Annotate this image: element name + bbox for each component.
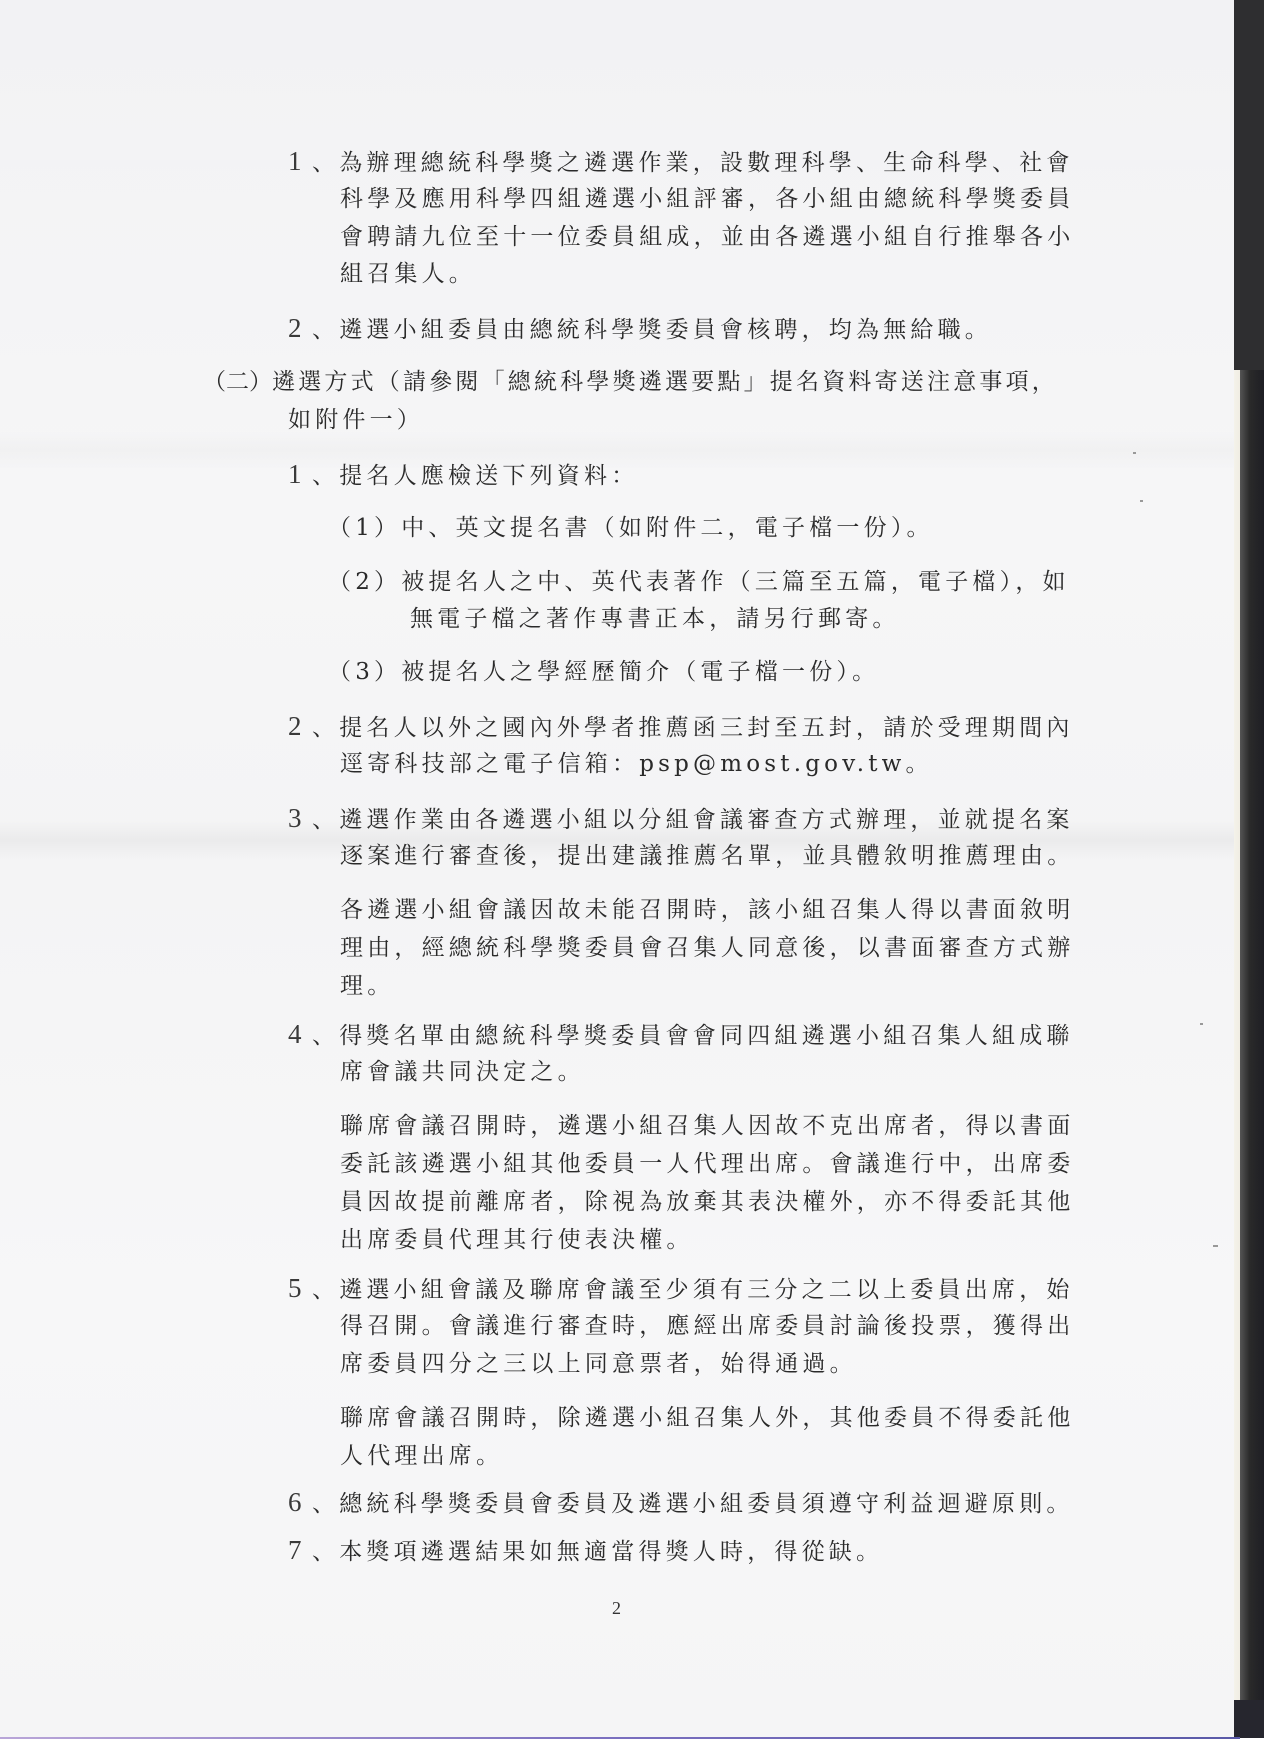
scan-speck bbox=[1140, 500, 1143, 502]
item-number: 2 bbox=[288, 711, 312, 741]
item-number: 7 bbox=[288, 1535, 312, 1565]
scan-speck bbox=[1133, 452, 1136, 454]
item-2-line-1: 2、遴選小組委員由總統科學獎委員會核聘，均為無給職。 bbox=[288, 313, 992, 345]
subitem-label: （1） bbox=[328, 515, 401, 541]
scanned-page: 1、為辦理總統科學獎之遴選作業，設數理科學、生命科學、社會 科學及應用科學四組遴… bbox=[0, 0, 1234, 1738]
s2-item-3-note-2: 理由，經總統科學獎委員會召集人同意後，以書面審查方式辦 bbox=[340, 933, 1074, 963]
s2-item-4-note-3: 員因故提前離席者，除視為放棄其表決權外，亦不得委託其他 bbox=[340, 1187, 1074, 1217]
item-1-line-3: 會聘請九位至十一位委員組成，並由各遴選小組自行推舉各小 bbox=[340, 222, 1074, 252]
s2-item-5-line-1: 5、遴選小組會議及聯席會議至少須有三分之二以上委員出席，始 bbox=[288, 1273, 1074, 1305]
item-number: 5 bbox=[288, 1273, 312, 1303]
scan-bottom-edge bbox=[0, 1737, 1240, 1739]
s2-item-6-line-1: 6、總統科學獎委員會委員及遴選小組委員須遵守利益迴避原則。 bbox=[288, 1487, 1074, 1519]
s2-item-3-note-1: 各遴選小組會議因故未能召開時，該小組召集人得以書面敘明 bbox=[340, 895, 1074, 925]
subitem-3: （3）被提名人之學經歷簡介（電子檔一份）。 bbox=[328, 657, 879, 687]
s2-item-5-note-2: 人代理出席。 bbox=[340, 1441, 503, 1471]
s2-item-7-line-1: 7、本獎項遴選結果如無適當得獎人時，得從缺。 bbox=[288, 1535, 883, 1567]
bottom-margin bbox=[0, 1738, 1264, 1753]
item-number: 1 bbox=[288, 146, 312, 176]
item-1-line-1: 1、為辦理總統科學獎之遴選作業，設數理科學、生命科學、社會 bbox=[288, 146, 1074, 178]
item-1-line-2: 科學及應用科學四組遴選小組評審，各小組由總統科學獎委員 bbox=[340, 184, 1074, 214]
page-number: 2 bbox=[612, 1598, 621, 1619]
section-label: （二） bbox=[203, 369, 272, 395]
subitem-label: （3） bbox=[328, 659, 401, 685]
item-number: 1 bbox=[288, 459, 312, 489]
s2-item-5-line-3: 席委員四分之三以上同意票者，始得通過。 bbox=[340, 1349, 857, 1379]
s2-item-2-line-2: 逕寄科技部之電子信箱：psp@most.gov.tw。 bbox=[340, 749, 933, 779]
item-1-line-4: 組召集人。 bbox=[340, 259, 476, 289]
s2-item-4-note-2: 委託該遴選小組其他委員一人代理出席。會議進行中，出席委 bbox=[340, 1149, 1074, 1179]
item-number: 2 bbox=[288, 313, 312, 343]
item-number: 4 bbox=[288, 1019, 312, 1049]
section-2-heading-line-2: 如附件一） bbox=[288, 405, 424, 435]
s2-item-5-note-1: 聯席會議召開時，除遴選小組召集人外，其他委員不得委託他 bbox=[340, 1403, 1074, 1433]
s2-item-4-line-1: 4、得獎名單由總統科學獎委員會會同四組遴選小組召集人組成聯 bbox=[288, 1019, 1074, 1051]
s2-item-4-line-2: 席會議共同決定之。 bbox=[340, 1057, 585, 1087]
scanner-corner bbox=[1234, 1700, 1264, 1740]
subitem-label: （2） bbox=[328, 569, 401, 595]
subitem-2-line-2: 無電子檔之著作專書正本，請另行郵寄。 bbox=[410, 604, 900, 634]
s2-item-1-line-1: 1、提名人應檢送下列資料： bbox=[288, 459, 638, 491]
item-number: 6 bbox=[288, 1487, 312, 1517]
s2-item-2-line-1: 2、提名人以外之國內外學者推薦函三封至五封，請於受理期間內 bbox=[288, 711, 1074, 743]
subitem-2-line-1: （2）被提名人之中、英代表著作（三篇至五篇，電子檔），如 bbox=[328, 567, 1070, 597]
scan-speck bbox=[1200, 1023, 1203, 1025]
s2-item-3-line-2: 逐案進行審查後，提出建議推薦名單，並具體敘明推薦理由。 bbox=[340, 841, 1074, 871]
scan-speck bbox=[1213, 1245, 1218, 1247]
item-number: 3 bbox=[288, 803, 312, 833]
s2-item-4-note-1: 聯席會議召開時，遴選小組召集人因故不克出席者，得以書面 bbox=[340, 1111, 1074, 1141]
scanner-edge-top bbox=[1234, 0, 1264, 370]
subitem-1: （1）中、英文提名書（如附件二，電子檔一份）。 bbox=[328, 513, 934, 543]
s2-item-4-note-4: 出席委員代理其行使表決權。 bbox=[340, 1225, 694, 1255]
s2-item-3-note-3: 理。 bbox=[340, 971, 394, 1001]
s2-item-5-line-2: 得召開。會議進行審查時，應經出席委員討論後投票，獲得出 bbox=[340, 1311, 1074, 1341]
section-2-heading: （二）遴選方式（請參閱「總統科學獎遴選要點」提名資料寄送注意事項， bbox=[203, 367, 1058, 397]
s2-item-3-line-1: 3、遴選作業由各遴選小組以分組會議審查方式辦理，並就提名案 bbox=[288, 803, 1074, 835]
